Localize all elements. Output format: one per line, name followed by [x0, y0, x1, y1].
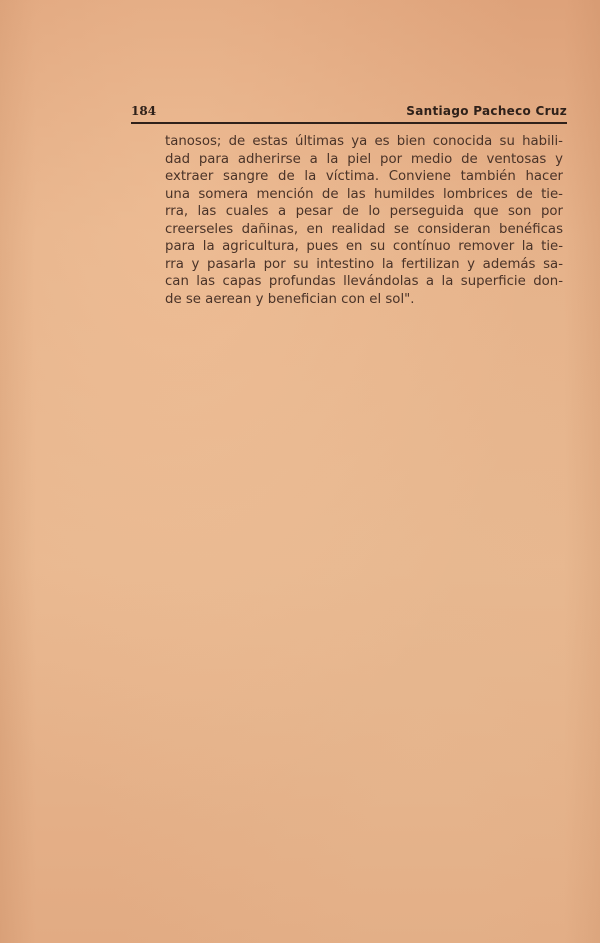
text-line: can las capas profundas llevándolas a la…	[165, 273, 563, 291]
text-line: creerseles dañinas, en realidad se consi…	[165, 221, 563, 239]
text-line: para la agricultura, pues en su contínuo…	[165, 238, 563, 256]
text-line: rra y pasarla por su intestino la fertil…	[165, 256, 563, 274]
body-paragraph: tanosos; de estas últimas ya es bien con…	[165, 133, 563, 308]
book-page: 184 Santiago Pacheco Cruz tanosos; de es…	[0, 0, 600, 943]
header-rule	[131, 122, 567, 124]
page-header: 184 Santiago Pacheco Cruz	[131, 100, 567, 118]
running-head-author: Santiago Pacheco Cruz	[406, 104, 567, 118]
text-line: tanosos; de estas últimas ya es bien con…	[165, 133, 563, 151]
page-number: 184	[131, 104, 156, 118]
text-line: dad para adherirse a la piel por medio d…	[165, 151, 563, 169]
text-line: una somera mención de las humildes lombr…	[165, 186, 563, 204]
text-line: rra, las cuales a pesar de lo perseguida…	[165, 203, 563, 221]
text-line: extraer sangre de la víctima. Conviene t…	[165, 168, 563, 186]
text-line: de se aerean y benefician con el sol".	[165, 291, 563, 309]
